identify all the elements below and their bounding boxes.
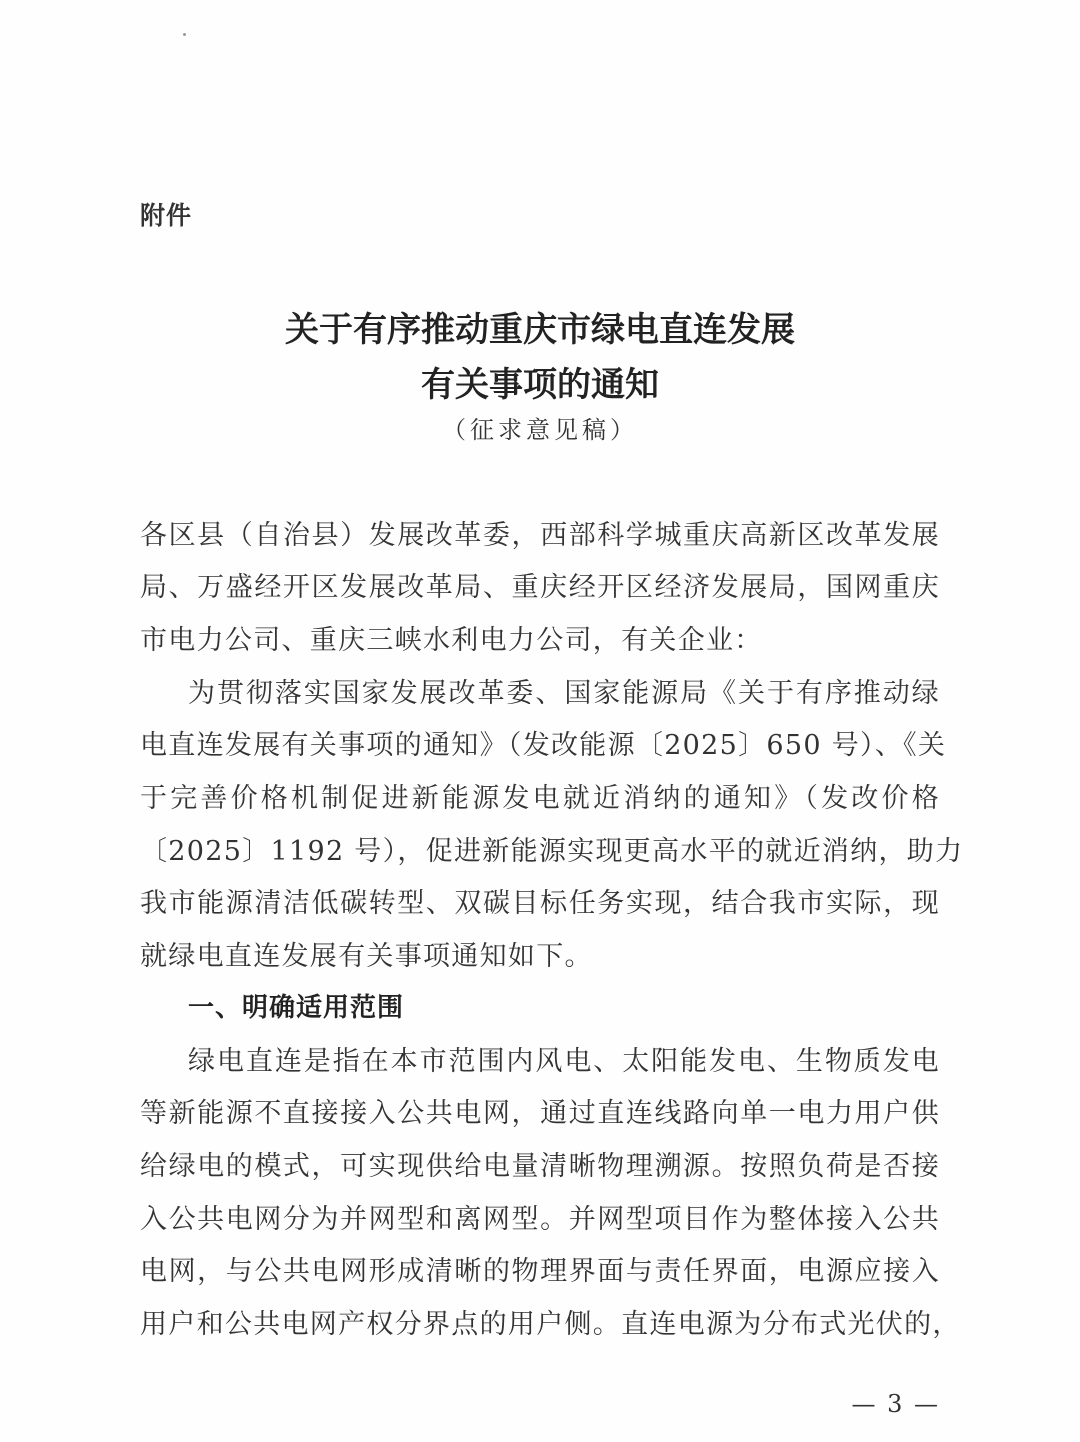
section-1-heading: 一、明确适用范围 — [188, 987, 404, 1024]
intro-paragraph-line: 我市能源清洁低碳转型、双碳目标任务实现，结合我市实际，现 — [140, 881, 940, 920]
intro-paragraph-line: 就绿电直连发展有关事项通知如下。 — [140, 934, 940, 973]
section-1-line: 给绿电的模式，可实现供给电量清晰物理溯源。按照负荷是否接 — [140, 1144, 940, 1183]
page-number: — 3 — — [851, 1390, 940, 1418]
document-title-line-2: 有关事项的通知 — [0, 357, 1080, 406]
intro-paragraph-line: 于完善价格机制促进新能源发电就近消纳的通知》（发改价格 — [140, 776, 940, 815]
section-1-line: 电网，与公共电网形成清晰的物理界面与责任界面，电源应接入 — [140, 1249, 940, 1288]
attachment-label: 附件 — [140, 196, 192, 232]
intro-paragraph-line: 〔2025〕1192 号），促进新能源实现更高水平的就近消纳，助力 — [140, 829, 940, 868]
addressee-line: 市电力公司、重庆三峡水利电力公司，有关企业： — [140, 618, 940, 657]
intro-paragraph-line: 电直连发展有关事项的通知》（发改能源〔2025〕650 号）、《关 — [140, 723, 940, 762]
section-1-line: 绿电直连是指在本市范围内风电、太阳能发电、生物质发电 — [188, 1039, 940, 1078]
document-subtitle: （征求意见稿） — [0, 410, 1080, 445]
addressee-line: 局、万盛经开区发展改革局、重庆经开区经济发展局，国网重庆 — [140, 565, 940, 604]
section-1-line: 等新能源不直接接入公共电网，通过直连线路向单一电力用户供 — [140, 1091, 940, 1130]
document-title-line-1: 关于有序推动重庆市绿电直连发展 — [0, 302, 1080, 351]
section-1-line: 用户和公共电网产权分界点的用户侧。直连电源为分布式光伏的， — [140, 1302, 940, 1341]
section-1-line: 入公共电网分为并网型和离网型。并网型项目作为整体接入公共 — [140, 1197, 940, 1236]
scan-speck — [183, 33, 186, 36]
intro-paragraph-line: 为贯彻落实国家发展改革委、国家能源局《关于有序推动绿 — [188, 671, 940, 710]
document-page: 附件 关于有序推动重庆市绿电直连发展 有关事项的通知 （征求意见稿） 各区县（自… — [0, 0, 1080, 1442]
addressee-line: 各区县（自治县）发展改革委，西部科学城重庆高新区改革发展 — [140, 513, 940, 552]
